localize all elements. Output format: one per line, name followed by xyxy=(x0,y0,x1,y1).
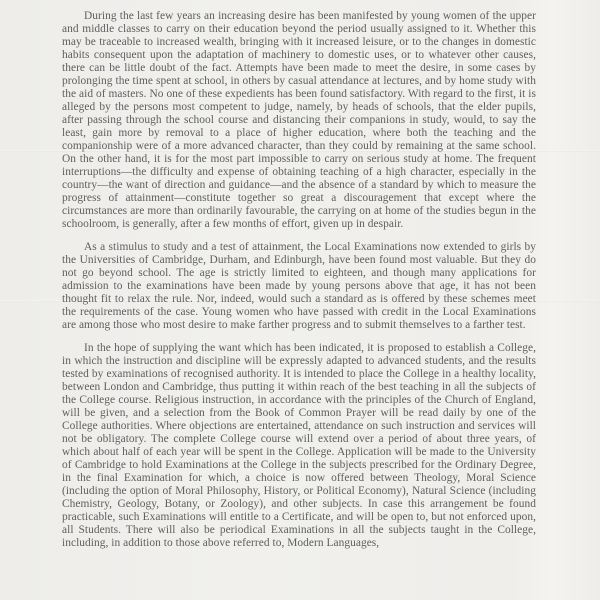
paragraph-2: As a stimulus to study and a test of att… xyxy=(62,241,536,332)
paragraph-3: In the hope of supplying the want which … xyxy=(62,342,536,550)
document-body: During the last few years an increasing … xyxy=(62,10,536,560)
paragraph-1: During the last few years an increasing … xyxy=(62,10,536,231)
scanned-page: During the last few years an increasing … xyxy=(0,0,600,600)
